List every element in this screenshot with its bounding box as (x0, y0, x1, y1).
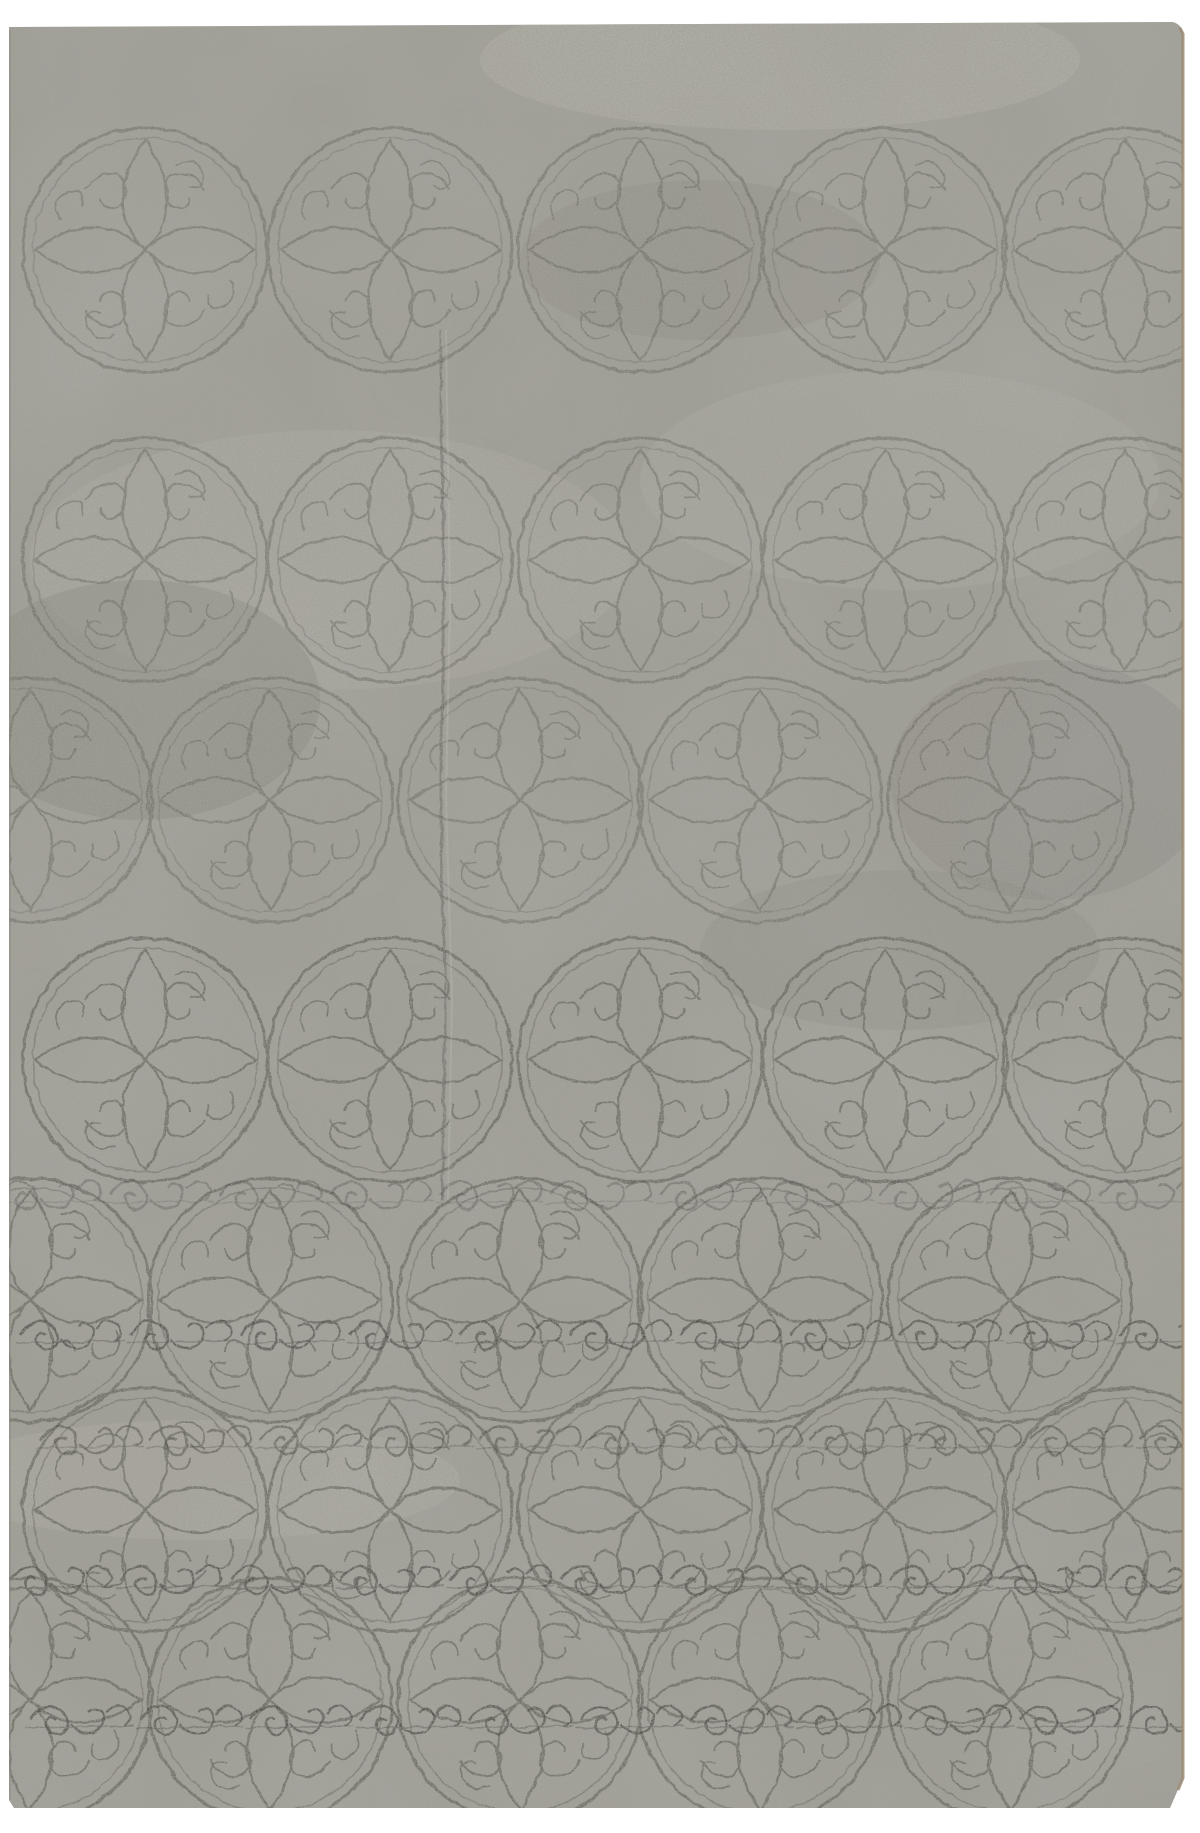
rug-photo (0, 0, 1200, 1833)
rug-body (0, 0, 1200, 1833)
